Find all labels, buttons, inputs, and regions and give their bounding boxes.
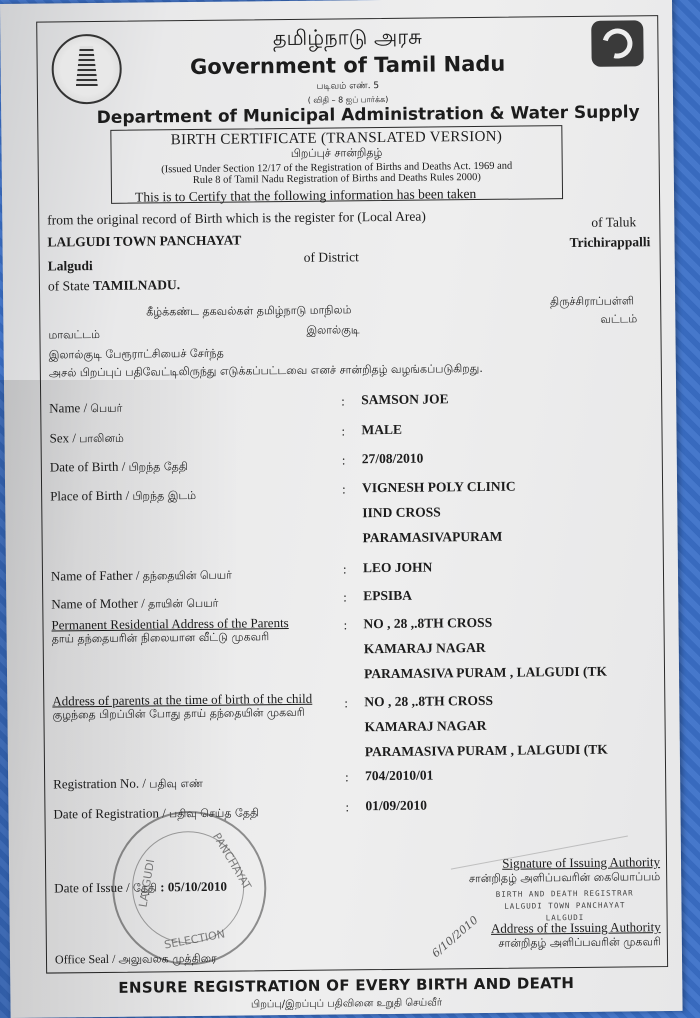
tamil-certify-line-1: கீழ்க்கண்ட தகவல்கள் தமிழ்நாடு மாநிலம் (146, 303, 351, 320)
state-value: TAMILNADU. (93, 277, 180, 293)
ensure-registration-banner-tamil: பிறப்பு/இறப்புப் பதிவினை உறுதி செய்வீர் (10, 995, 682, 1014)
taluk-value: Lalgudi (48, 258, 93, 274)
dob-label: Date of Birth / பிறந்த தேதி (50, 458, 188, 476)
colon: : (344, 695, 348, 711)
address-authority-tamil: சான்றிதழ் அளிப்பவரின் முகவரி (470, 935, 661, 952)
colon: : (342, 481, 346, 497)
colon: : (345, 769, 349, 785)
colon: : (343, 589, 347, 605)
name-value: SAMSON JOE (361, 386, 449, 412)
birth-address-value: NO , 28 ,.8TH CROSS KAMARAJ NAGAR PARAMA… (364, 687, 608, 765)
mother-name-label: Name of Mother / தாயின் பெயர் (51, 595, 218, 614)
tamil-mavattam: மாவட்டம் (48, 328, 100, 344)
sex-value: MALE (361, 417, 402, 442)
place-of-birth-value: VIGNESH POLY CLINIC IIND CROSS PARAMASIV… (362, 474, 516, 551)
birth-address-label: Address of parents at the time of birth … (52, 692, 312, 723)
birth-certificate-document: தமிழ்நாடு அரசு Government of Tamil Nadu … (0, 0, 683, 1018)
dob-value: 27/08/2010 (362, 446, 424, 472)
tamil-lalgudi: இலால்குடி (306, 323, 359, 339)
place-of-birth-label: Place of Birth / பிறந்த இடம் (50, 487, 196, 506)
father-name-value: LEO JOHN (363, 555, 433, 581)
signature-label-tamil: சான்றிதழ் அளிப்பவரின் கையொப்பம் (469, 870, 660, 887)
permanent-address-value: NO , 28 ,.8TH CROSS KAMARAJ NAGAR PARAMA… (363, 609, 607, 687)
of-taluk-label: of Taluk (591, 214, 636, 230)
tamil-vattam: வட்டம் (600, 312, 637, 327)
permanent-address-label: Permanent Residential Address of the Par… (51, 616, 288, 646)
colon: : (341, 393, 345, 409)
mother-name-value: EPSIBA (363, 583, 412, 609)
ensure-registration-banner: ENSURE REGISTRATION OF EVERY BIRTH AND D… (10, 973, 682, 998)
certify-line-1: This is to Certify that the following in… (135, 186, 476, 206)
tamil-certify-line-5: அசல் பிறப்புப் பதிவேட்டிலிருந்து எடுக்கப… (49, 362, 483, 382)
local-area-value: LALGUDI TOWN PANCHAYAT (47, 232, 241, 250)
certificate-frame: தமிழ்நாடு அரசு Government of Tamil Nadu … (36, 15, 668, 973)
registration-number-value: 704/2010/01 (365, 763, 434, 789)
colon: : (345, 799, 349, 815)
state-line: of State TAMILNADU. (48, 277, 180, 294)
sex-label: Sex / பாலினம் (49, 430, 123, 448)
certify-line-2: from the original record of Birth which … (47, 209, 426, 229)
registration-date-value: 01/09/2010 (365, 793, 427, 819)
signature-block: Signature of Issuing Authority சான்றிதழ்… (469, 854, 661, 952)
district-value: Trichirappalli (569, 234, 650, 251)
tamil-certify-line-4: இலால்குடி பேரூராட்சியைச் சேர்ந்த (49, 347, 224, 364)
father-name-label: Name of Father / தந்தையின் பெயர் (51, 567, 232, 586)
of-state-label: of State (48, 278, 90, 293)
colon: : (343, 617, 347, 633)
office-seal-label: Office Seal / அலுவலக முத்திரை (55, 951, 217, 969)
registration-number-label: Registration No. / பதிவு எண் (53, 775, 203, 794)
header-government: Government of Tamil Nadu (38, 50, 658, 80)
colon: : (343, 561, 347, 577)
colon: : (342, 452, 346, 468)
registrar-stamp-line-2: LALGUDI TOWN PANCHAYAT (469, 900, 660, 911)
name-label: Name / பெயர் (49, 400, 122, 418)
tamil-district: திருச்சிராப்பள்ளி (550, 294, 634, 310)
of-district-label: of District (304, 249, 359, 266)
colon: : (341, 423, 345, 439)
registrar-stamp-line-1: BIRTH AND DEATH REGISTRAR (469, 888, 660, 899)
